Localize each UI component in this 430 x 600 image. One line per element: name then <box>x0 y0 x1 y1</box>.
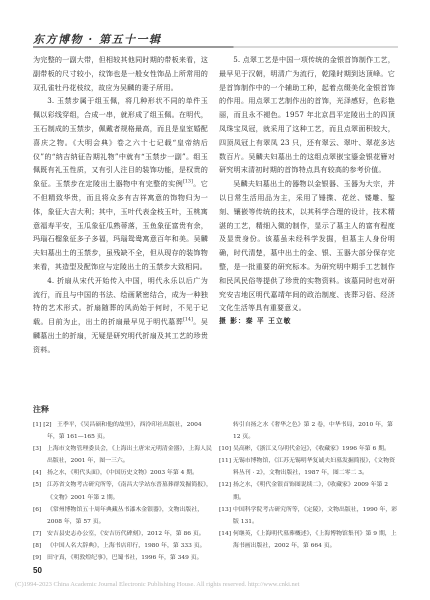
left-column: 为完整的一副大带，但相较其他同时期的带板来看，这副带板的尺寸较小，纹饰也是一般女… <box>33 53 208 357</box>
paragraph-jade-pendant: 3. 玉禁步属于组玉佩，将几种形状不同的单件玉佩以彩线穿组，合成一串，就形成了组… <box>33 94 208 273</box>
footnote-ref-13[interactable]: [13] <box>183 180 193 185</box>
notes-left: [1] [2]王季平，《吴昌硕和他的故里》，西泠印社出版社，2004 年，第 1… <box>33 419 213 564</box>
paragraph-continued: 为完整的一副大带，但相较其他同时期的带板来看，这副带板的尺寸较小，纹饰也是一般女… <box>33 53 208 94</box>
note-item: [9]田守真，《明敦煌纪事》，巴蜀书社，1996 年，第 349 页。 <box>33 552 213 564</box>
right-column: 5. 点翠工艺是中国一项传统的金银首饰制作工艺，最早见于汉朝，明清广为流行，乾隆… <box>219 53 395 329</box>
note-item: [14]何继英，《上海明代墓葬概述》，《上海博物馆集刊》第 9 期，上海书画出版… <box>219 528 399 552</box>
notes-right: 转引自扬之水《奢华之色》第 2 卷，中华书局，2010 年，第 12 页。 [1… <box>219 419 399 552</box>
photo-credit: 摄 影：秦 平 王立敏 <box>219 315 395 329</box>
note-item: [10]吴高彬，《浙江义乌明代金冠》，《收藏家》1996 年第 6 期。 <box>219 443 399 455</box>
page-number: 50 <box>33 566 42 575</box>
note-item: [13]中国科学院考古研究所等，《定陵》，文物出版社，1990 年，彩版 131… <box>219 504 399 528</box>
note-item: [11]无锡市博物馆，《江苏无锡明华复诚夫妇墓发掘简报》，《文物资料丛刊 · 2… <box>219 455 399 479</box>
notes-title: 注释 <box>33 404 49 415</box>
footnote-ref-14[interactable]: [14] <box>183 318 193 323</box>
paragraph-folding-fan: 4. 折扇从宋代开始传入中国，明代永乐以后广为流行，而且与中国的书法、绘画紧密结… <box>33 274 208 357</box>
note-item: [3]上海市文物管理委员会，《上海出土唐宋元明清金器》，上海人民出版社，2001… <box>33 443 213 467</box>
paragraph-kingfisher-craft: 5. 点翠工艺是中国一项传统的金银首饰制作工艺，最早见于汉朝，明清广为流行，乾隆… <box>219 53 395 177</box>
note-continuation: 转引自扬之水《奢华之色》第 2 卷，中华书局，2010 年，第 12 页。 <box>219 419 399 443</box>
copyright-notice: (C)1994-2023 China Academic Journal Elec… <box>15 581 299 588</box>
note-item: [4]扬之水，《明代头面》，《中国历史文物》2003 年第 4 期。 <box>33 467 213 479</box>
note-item: [7]安吉县史志办公室，《安吉历代碑刻》，2012 年，第 86 页。 <box>33 528 213 540</box>
note-item: [8]《中国人名大辞典》，上海书店印行，1980 年，第 333 页。 <box>33 540 213 552</box>
note-item: [5]江苏省文物考古研究所等，《南昌大学站东晋墓葬群发掘简报》，《文物》2001… <box>33 479 213 503</box>
note-item: [12]扬之水，《明代金银首饰图说续二》，《收藏家》2009 年第 2 期。 <box>219 479 399 503</box>
note-item: [6]《常州博物馆五十周年典藏丛书漆木金银器》，文物出版社，2008 年，第 5… <box>33 504 213 528</box>
paragraph-conclusion: 吴麟夫妇墓出土的器物以金银器、玉器为大宗，并以日常生活用品为主，采用了锤揲、花丝… <box>219 177 395 315</box>
running-header: 东方博物 · 第五十一辑 <box>33 31 162 47</box>
header-rule <box>33 46 398 48</box>
note-item: [1] [2]王季平，《吴昌硕和他的故里》，西泠印社出版社，2004 年，第 1… <box>33 419 213 443</box>
